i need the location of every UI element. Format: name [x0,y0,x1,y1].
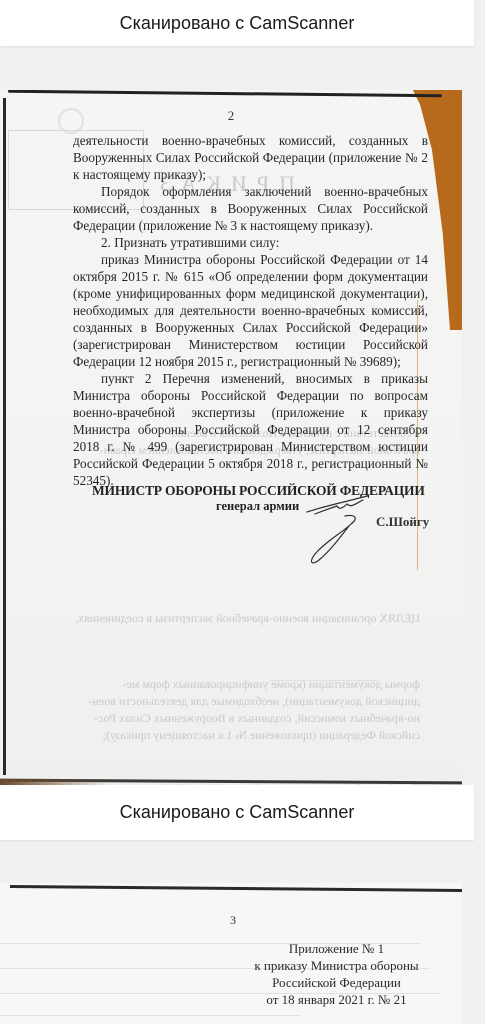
bleed-through-text: ЦЕЛЯХ организации военно-врачебной экспе… [60,610,420,627]
paragraph: Порядок оформления заключений военно-вра… [73,183,428,234]
handwritten-signature-icon [285,492,385,572]
appendix-line: от 18 января 2021 г. № 21 [244,991,429,1008]
caption-text: Сканировано с CamScanner [120,802,355,823]
camscanner-caption: Сканировано с CamScanner [0,785,474,840]
bleed-through-footnote-rule [270,680,380,681]
page-edge-left [3,98,6,775]
bleed-through-text: дицинской документации), необходимые для… [60,693,420,710]
paragraph: пункт 2 Перечня изменений, вносимых в пр… [73,370,428,489]
page-edge-top [10,885,462,892]
paragraph: приказ Министра обороны Российской Федер… [73,251,428,370]
scanned-page-2: ПРИКАЗ в соответствии с пунктом 4 Положе… [0,90,462,785]
appendix-line: Приложение № 1 [244,940,429,957]
paragraph: деятельности военно-врачебных комиссий, … [73,132,428,183]
bleed-through-line [0,1015,300,1016]
document-body: деятельности военно-врачебных комиссий, … [73,132,428,489]
appendix-line: Российской Федерации [244,974,429,991]
bleed-through-text: но-врачебных комиссий, созданных в Воору… [60,710,420,727]
signatory-name: С.Шойгу [376,514,429,530]
scanned-page-3: 3 Приложение № 1 к приказу Министра обор… [0,883,462,1024]
camscanner-caption: Сканировано с CamScanner [0,0,474,46]
bleed-through-text: формы документации (кроме унифицированны… [60,676,420,693]
page-number: 2 [0,108,462,124]
paragraph: 2. Признать утратившими силу: [73,234,428,251]
caption-text: Сканировано с CamScanner [120,13,355,34]
appendix-line: к приказу Министра обороны [244,957,429,974]
page-edge-top [8,90,442,97]
bleed-through-text: сийской Федерации (приложение № 1 к наст… [60,727,420,744]
appendix-header: Приложение № 1 к приказу Министра оборон… [244,940,429,1008]
page-number: 3 [230,913,236,928]
